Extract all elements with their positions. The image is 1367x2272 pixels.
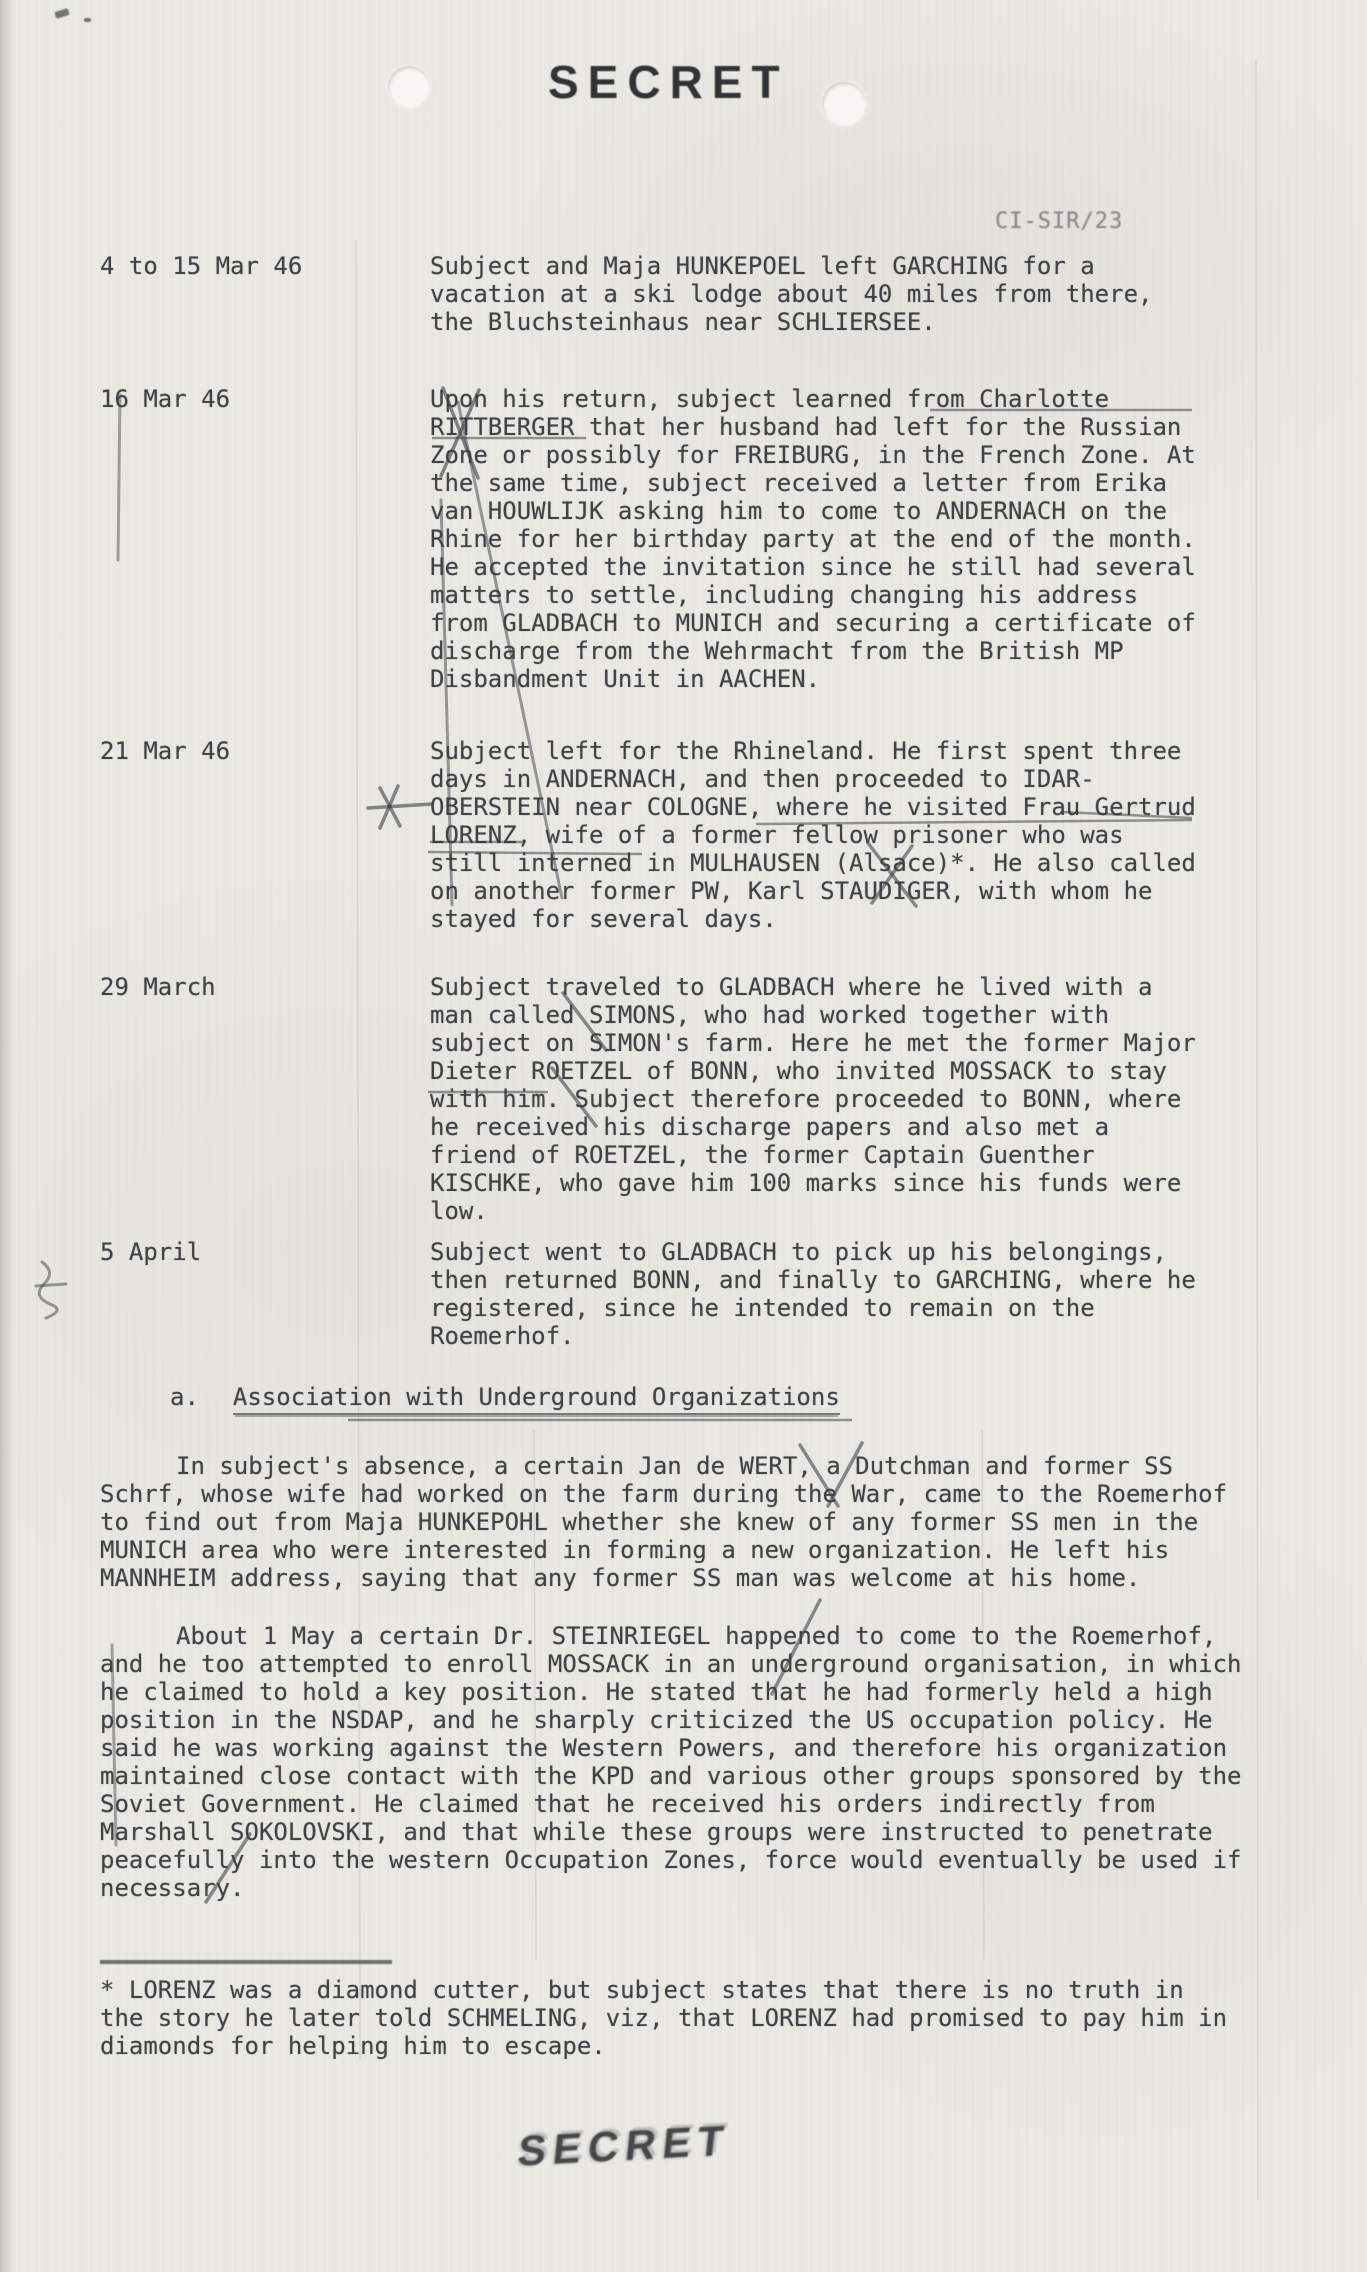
- pencil-arrow-mark: [368, 786, 432, 828]
- section-heading: a. Association with Underground Organiza…: [170, 1383, 840, 1415]
- section-paragraph: In subject's absence, a certain Jan de W…: [100, 1452, 1258, 1592]
- document-reference: CI-SIR/23: [995, 208, 1123, 236]
- punch-hole: [388, 66, 430, 108]
- timeline-date: 29 March: [100, 973, 410, 1001]
- ink-fleck: [84, 18, 91, 22]
- scanned-document-page: { "document": { "stamp_top": "SECRET", "…: [0, 0, 1367, 2272]
- timeline-text: Subject traveled to GLADBACH where he li…: [430, 973, 1198, 1225]
- scan-edge-shadow: [0, 0, 14, 2272]
- margin-scribble: [36, 1262, 66, 1318]
- classification-stamp-bottom: SECRET: [516, 2116, 733, 2175]
- timeline-date: 21 Mar 46: [100, 737, 410, 765]
- section-paragraph: About 1 May a certain Dr. STEINRIEGEL ha…: [100, 1622, 1258, 1902]
- section-title: Association with Underground Organizatio…: [233, 1383, 840, 1415]
- timeline-text: Subject went to GLADBACH to pick up his …: [430, 1238, 1198, 1350]
- classification-stamp-top: SECRET: [548, 55, 789, 109]
- footnote-text: * LORENZ was a diamond cutter, but subje…: [100, 1976, 1240, 2060]
- timeline-text: Upon his return, subject learned from Ch…: [430, 385, 1198, 693]
- footnote-separator: [100, 1960, 392, 1964]
- section-label: a.: [170, 1383, 199, 1415]
- timeline-date: 4 to 15 Mar 46: [100, 252, 410, 280]
- timeline-text: Subject left for the Rhineland. He first…: [430, 737, 1198, 933]
- ink-fleck: [54, 8, 69, 19]
- timeline-date: 5 April: [100, 1238, 410, 1266]
- punch-hole: [822, 82, 866, 126]
- timeline-text: Subject and Maja HUNKEPOEL left GARCHING…: [430, 252, 1198, 336]
- timeline-date: 16 Mar 46: [100, 385, 410, 413]
